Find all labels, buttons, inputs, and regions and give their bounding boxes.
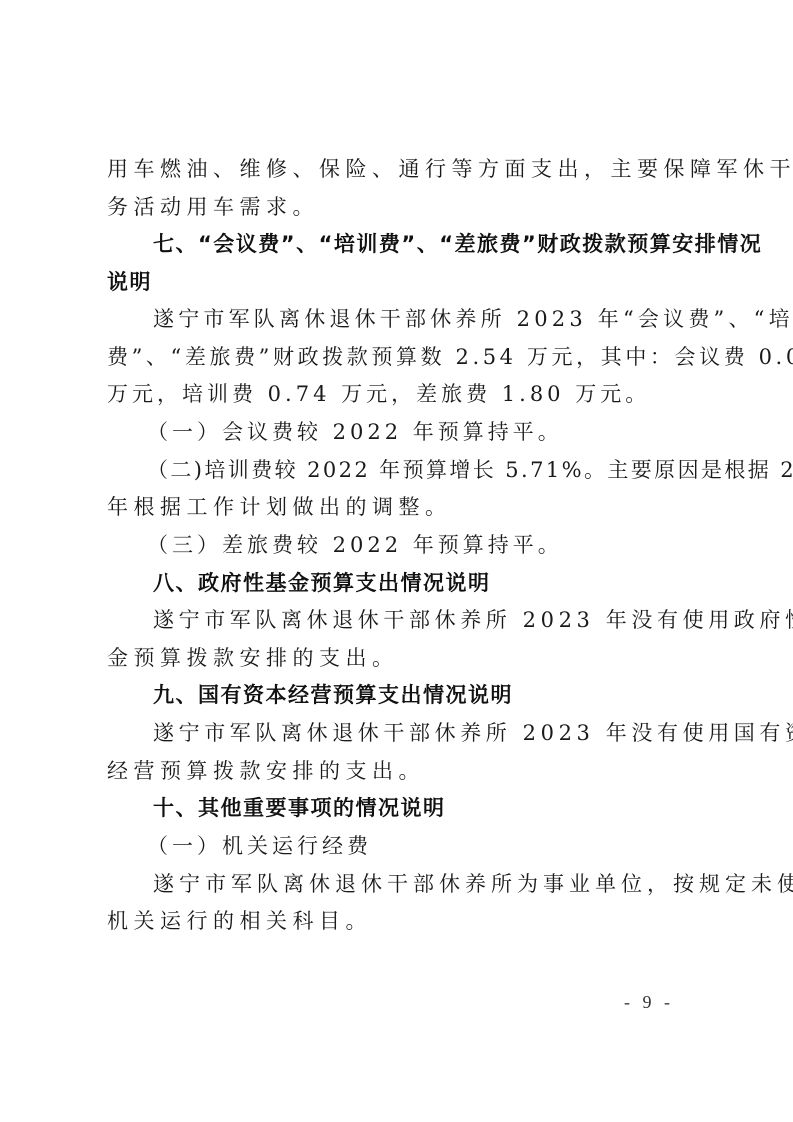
section-heading-8: 八、政府性基金预算支出情况说明 (153, 568, 491, 598)
paragraph-line: 遂宁市军队离休退休干部休养所 2023 年没有使用政府性基 (153, 605, 793, 635)
list-item-training-fee: （二)培训费较 2022 年预算增长 5.71%。主要原因是根据 2023 (147, 455, 793, 485)
list-item-travel-fee: （三）差旅费较 2022 年预算持平。 (147, 530, 563, 560)
list-item-meeting-fee: （一）会议费较 2022 年预算持平。 (147, 417, 563, 447)
section-heading-7: 七、“会议费”、“培训费”、“差旅费”财政拨款预算安排情况 (153, 229, 762, 259)
section-heading-7-cont: 说明 (107, 267, 152, 297)
paragraph-line: 机关运行的相关科目。 (107, 906, 372, 936)
section-heading-9: 九、国有资本经营预算支出情况说明 (153, 680, 513, 710)
paragraph-line: 用车燃油、维修、保险、通行等方面支出，主要保障军休干部服 (107, 154, 793, 184)
paragraph-line: 遂宁市军队离休退休干部休养所 2023 年“会议费”、“培训 (153, 304, 793, 334)
subsection-heading-operating-costs: （一）机关运行经费 (147, 831, 372, 861)
paragraph-line: 万元，培训费 0.74 万元，差旅费 1.80 万元。 (107, 379, 650, 409)
paragraph-line: 金预算拨款安排的支出。 (107, 643, 399, 673)
section-heading-10: 十、其他重要事项的情况说明 (153, 793, 446, 823)
paragraph-line: 费”、“差旅费”财政拨款预算数 2.54 万元，其中：会议费 0.00 (107, 342, 793, 372)
paragraph-line: 遂宁市军队离休退休干部休养所 2023 年没有使用国有资本 (153, 718, 793, 748)
paragraph-line: 年根据工作计划做出的调整。 (107, 492, 452, 522)
paragraph-line: 遂宁市军队离休退休干部休养所为事业单位，按规定未使用 (153, 869, 793, 899)
paragraph-line: 务活动用车需求。 (107, 192, 319, 222)
page-number: - 9 - (624, 992, 674, 1013)
paragraph-line: 经营预算拨款安排的支出。 (107, 756, 425, 786)
